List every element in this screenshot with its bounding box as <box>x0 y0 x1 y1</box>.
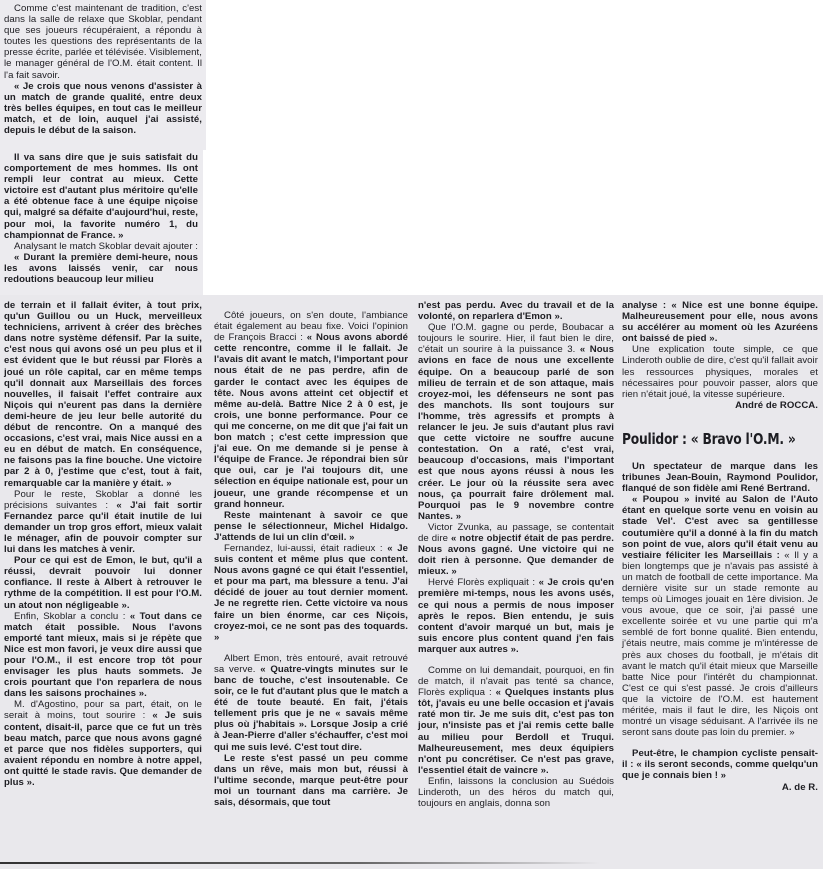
column-1-top: Comme c'est maintenant de tradition, c'e… <box>4 3 202 136</box>
quote-paragraph: « Je crois que nous venons d'assister à … <box>4 81 202 136</box>
column-3: n'est pas perdu. Avec du travail et de l… <box>418 300 614 809</box>
paragraph: Que l'O.M. gagne ou perde, Boubacar a to… <box>418 322 614 522</box>
quote-text: « Il y a bien longtemps que je n'avais p… <box>622 550 818 739</box>
paragraph: Un spectateur de marque dans les tribune… <box>622 461 818 494</box>
paragraph: Fernandez, lui-aussi, était radieux : « … <box>214 543 408 643</box>
column-4: analyse : « Nice est une bonne équipe. M… <box>622 300 818 793</box>
paragraph: Comme c'est maintenant de tradition, c'e… <box>4 3 202 81</box>
paragraph: Albert Emon, très entouré, avait retrouv… <box>214 653 408 753</box>
quote-text: « Je crois qu'en première mi-temps, nous… <box>418 577 614 655</box>
paragraph-lead: Enfin, Skoblar a conclu : <box>14 611 130 622</box>
paragraph: Enfin, laissons la conclusion au Suédois… <box>418 776 614 809</box>
quote-text: « Je suis content et même plus que conte… <box>214 543 408 643</box>
bottom-rule <box>0 862 600 864</box>
quote-text: « Nous avions en face de nous une excell… <box>418 344 614 521</box>
spacer <box>622 738 818 748</box>
column-1-bottom: de terrain et il fallait éviter, à tout … <box>4 300 202 788</box>
column-1-middle: Il va sans dire que je suis satisfait du… <box>4 152 198 285</box>
author-initials: A. de R. <box>622 782 818 793</box>
quote-paragraph: Il va sans dire que je suis satisfait du… <box>4 152 198 241</box>
quote-text: « Je suis content, disait-il, parce que … <box>4 710 202 788</box>
paragraph-lead: Fernandez, lui-aussi, était radieux : <box>224 543 383 554</box>
paragraph: Comme on lui demandait, pourquoi, en fin… <box>418 665 614 776</box>
paragraph-lead: analyse : <box>622 300 671 311</box>
paragraph: analyse : « Nice est une bonne équipe. M… <box>622 300 818 344</box>
quote-text: « Quatre-vingts minutes sur le banc de t… <box>214 664 408 753</box>
quote-paragraph: Reste maintenant à savoir ce que pense l… <box>214 510 408 543</box>
paragraph: Analysant le match Skoblar devait ajoute… <box>4 241 198 252</box>
paragraph: M. d'Agostino, pour sa part, était, on l… <box>4 699 202 788</box>
paragraph: Hervé Florès expliquait : « Je crois qu'… <box>418 577 614 655</box>
spacer <box>214 643 408 653</box>
paragraph: « Poupou » invité au Salon de l'Auto éta… <box>622 494 818 738</box>
quote-text: « Quelques instants plus tôt, j'avais eu… <box>418 687 614 776</box>
quote-paragraph: Le reste s'est passé un peu comme dans u… <box>214 753 408 808</box>
paragraph: Une explication toute simple, ce que Lin… <box>622 344 818 399</box>
quote-paragraph: « Durant la première demi-heure, nous le… <box>4 252 198 285</box>
paragraph: Côté joueurs, on s'en doute, l'ambiance … <box>214 310 408 510</box>
spacer <box>418 655 614 665</box>
author-signature: André de ROCCA. <box>622 400 818 411</box>
column-2: Côté joueurs, on s'en doute, l'ambiance … <box>214 310 408 808</box>
paragraph: Enfin, Skoblar a conclu : « Tout dans ce… <box>4 611 202 700</box>
paragraph: Victor Zvunka, au passage, se contentait… <box>418 522 614 577</box>
quote-paragraph: n'est pas perdu. Avec du travail et de l… <box>418 300 614 322</box>
quote-paragraph: Pour ce qui est de Emon, le but, qu'il a… <box>4 555 202 610</box>
quote-paragraph: de terrain et il fallait éviter, à tout … <box>4 300 202 489</box>
paragraph: Peut-être, le champion cycliste pensait-… <box>622 748 818 781</box>
paragraph: Pour le reste, Skoblar a donné les préci… <box>4 489 202 556</box>
quote-text: « Nous avons abordé cette rencontre, com… <box>214 332 408 509</box>
sub-headline: Poulidor : « Bravo l'O.M. » <box>622 429 783 449</box>
quote-text: « Tout dans ce match était possible. Nou… <box>4 611 202 700</box>
paragraph-lead: Hervé Florès expliquait : <box>428 577 539 588</box>
